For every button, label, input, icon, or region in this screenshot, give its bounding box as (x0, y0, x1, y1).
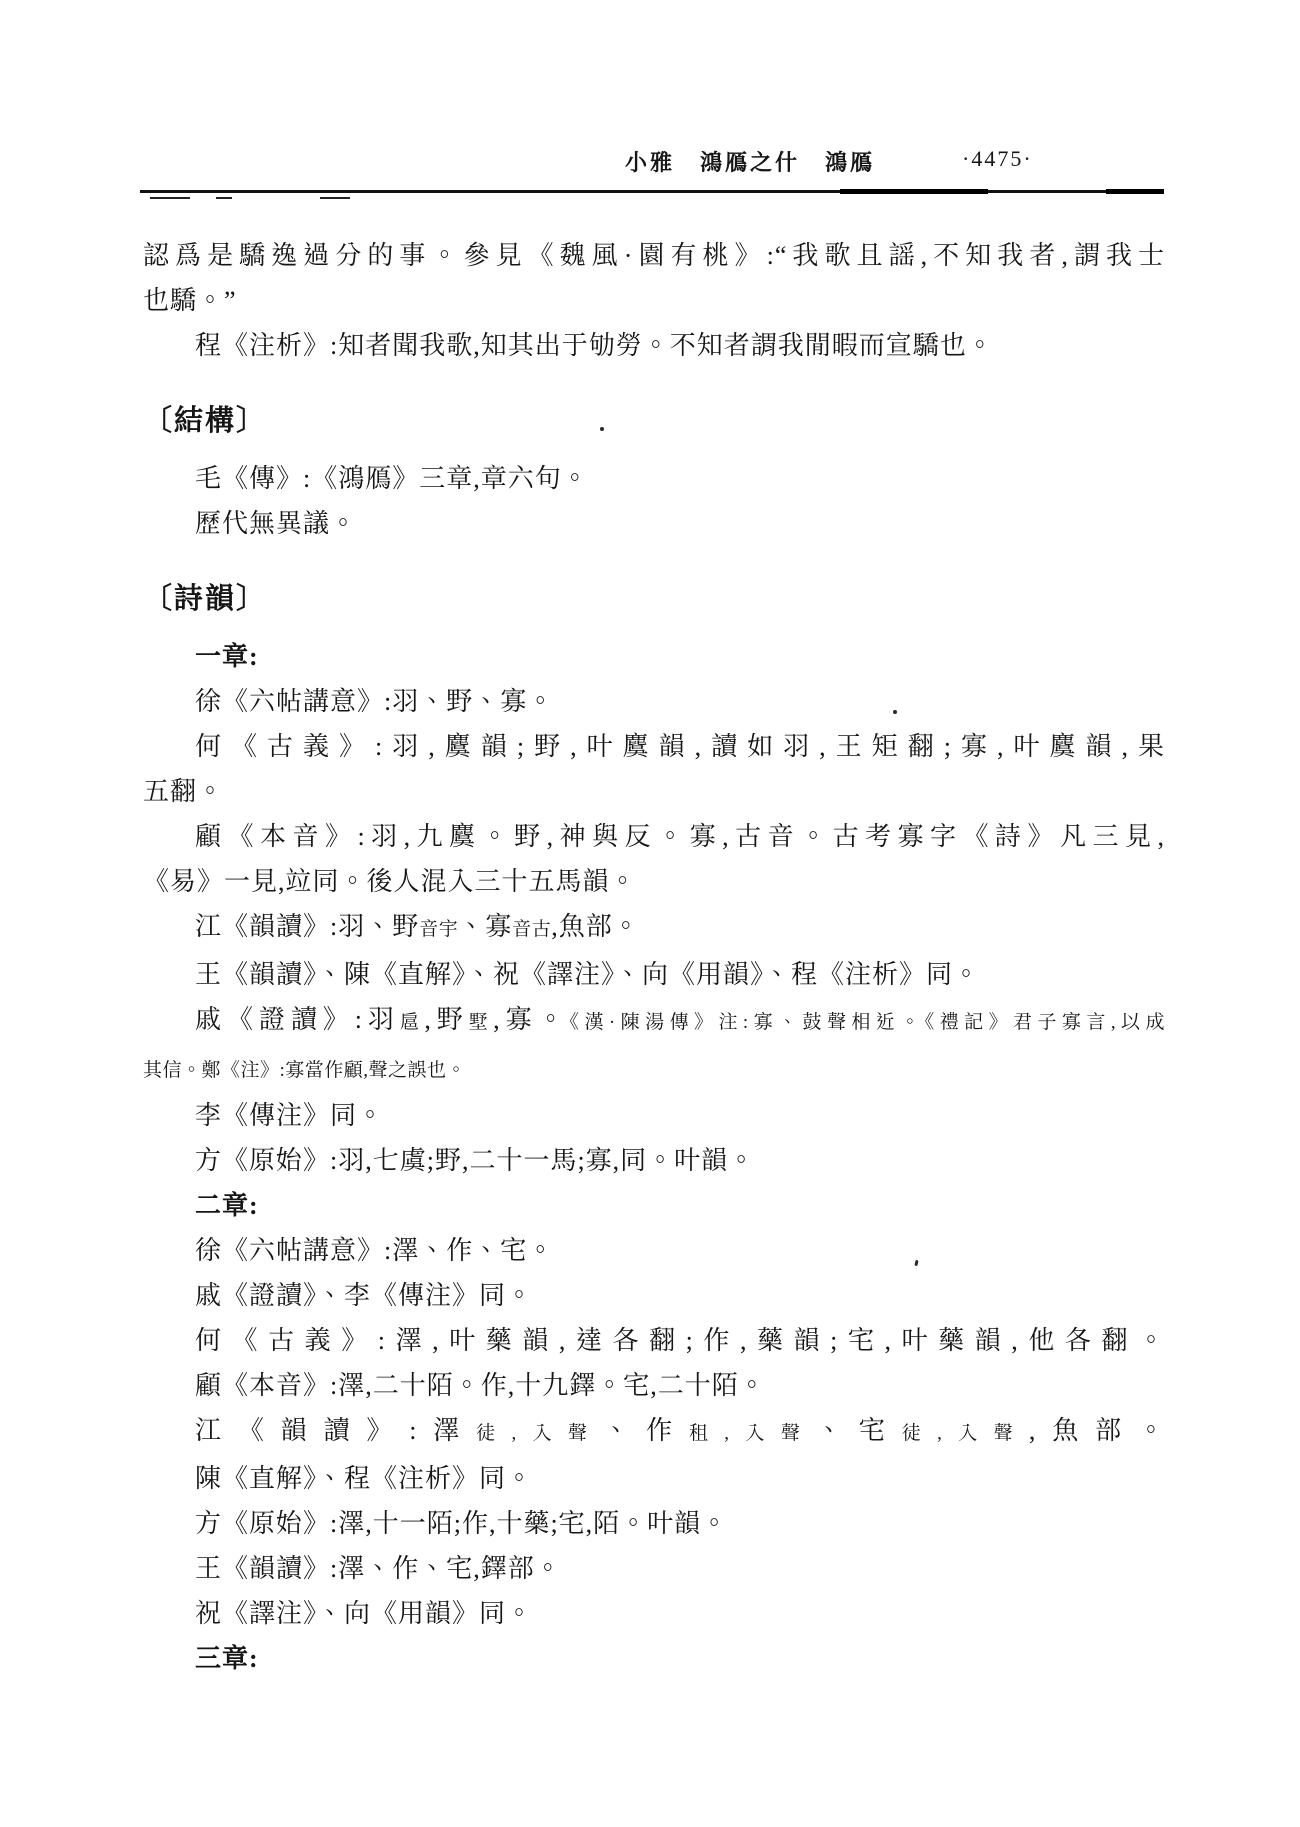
text-run: ,魚部。 (1029, 1416, 1165, 1445)
text-run: 、宅 (816, 1416, 902, 1445)
text-line: 戚《證讀》:羽扈,野墅,寡。《漢·陳湯傳》注:寡、鼓聲相近。《禮記》君子寡言,以… (143, 997, 1165, 1045)
text-run: 徐《六帖講意》:澤、作、宅。 (195, 1236, 554, 1265)
text-run: 陳《直解》、程《注析》同。 (195, 1464, 533, 1493)
annotation-run: 音宇 (419, 919, 458, 940)
text-line: 顧《本音》:澤,二十陌。作,十九鐸。宅,二十陌。 (143, 1363, 1165, 1408)
text-run: 毛《傳》:《鴻鴈》三章,章六句。 (195, 464, 589, 493)
text-line: 戚《證讀》、李《傳注》同。 (143, 1273, 1165, 1318)
text-run: 〔結構〕 (143, 405, 267, 437)
text-run: 戚《證讀》:羽 (195, 1005, 400, 1034)
text-run: ,寡。 (493, 1005, 569, 1034)
scan-dash-artifact (150, 197, 190, 199)
scanned-book-page: 小雅 鴻鴈之什 鴻鴈 ·4475· 認爲是驕逸過分的事。參見《魏風·園有桃》:“… (0, 0, 1300, 1827)
text-line: 其信。鄭《注》:寡當作顧,聲之誤也。 (143, 1045, 1165, 1093)
text-run: 歷代無異議。 (195, 509, 357, 538)
text-run: 江《韻讀》:澤 (195, 1416, 476, 1445)
annotation-run: 扈 (400, 1012, 424, 1033)
annotation-run: 《漢·陳湯傳》注:寡、鼓聲相近。《禮記》君子寡言,以成 (570, 1012, 1165, 1033)
text-line: 王《韻讀》:澤、作、宅,鐸部。 (143, 1546, 1165, 1591)
text-run: 方《原始》:羽,七虞;野,二十一馬;寡,同。叶韻。 (195, 1146, 755, 1175)
text-run: 、寡 (458, 912, 512, 941)
text-line: 毛《傳》:《鴻鴈》三章,章六句。 (143, 456, 1165, 501)
header-rule-thick-segment (840, 189, 988, 194)
text-line: 程《注析》:知者聞我歌,知其出于劬勞。不知者謂我閒暇而宣驕也。 (143, 323, 1165, 368)
text-run: ,野 (424, 1005, 468, 1034)
text-run: 何《古義》:澤,叶藥韻,達各翻;作,藥韻;宅,叶藥韻,他各翻。 (195, 1326, 1165, 1355)
text-run: 、作 (603, 1416, 689, 1445)
text-line: 顧《本音》:羽,九麌。野,神與反。寡,古音。古考寡字《詩》凡三見, (143, 814, 1165, 859)
text-line: 二章: (143, 1183, 1165, 1228)
text-run: 《易》一見,竝同。後人混入三十五馬韻。 (143, 867, 637, 896)
text-run: 顧《本音》:澤,二十陌。作,十九鐸。宅,二十陌。 (195, 1371, 766, 1400)
text-run: 江《韻讀》:羽、野 (195, 912, 419, 941)
annotation-run: 音古 (512, 919, 551, 940)
text-line: 江《韻讀》:羽、野音宇、寡音古,魚部。 (143, 904, 1165, 952)
section-heading: 〔詩韻〕 (143, 576, 1165, 622)
page-number: ·4475· (962, 146, 1033, 172)
text-line: 三章: (143, 1636, 1165, 1681)
text-run: 也驕。” (143, 286, 237, 315)
text-line: 《易》一見,竝同。後人混入三十五馬韻。 (143, 859, 1165, 904)
header-rule (140, 190, 1164, 193)
text-line: 方《原始》:澤,十一陌;作,十藥;宅,陌。叶韻。 (143, 1501, 1165, 1546)
annotation-run: 墅 (469, 1012, 493, 1033)
content-lines: 認爲是驕逸過分的事。參見《魏風·園有桃》:“我歌且謡,不知我者,謂我士也驕。”程… (143, 233, 1165, 1681)
text-line: 五翻。 (143, 769, 1165, 814)
text-line: 何《古義》:澤,叶藥韻,達各翻;作,藥韻;宅,叶藥韻,他各翻。 (143, 1318, 1165, 1363)
text-line: 陳《直解》、程《注析》同。 (143, 1456, 1165, 1501)
text-line: 徐《六帖講意》:羽、野、寡。 (143, 679, 1165, 724)
scan-speck (893, 710, 897, 714)
text-run: 李《傳注》同。 (195, 1101, 384, 1130)
header-rule-thick-segment (1106, 189, 1164, 194)
text-run: 徐《六帖講意》:羽、野、寡。 (195, 687, 554, 716)
text-run: 〔詩韻〕 (143, 583, 267, 615)
text-line: 認爲是驕逸過分的事。參見《魏風·園有桃》:“我歌且謡,不知我者,謂我士 (143, 233, 1165, 278)
text-line: 也驕。” (143, 278, 1165, 323)
scan-speck (600, 427, 604, 431)
scan-dash-artifact (216, 197, 232, 199)
running-head-title: 小雅 鴻鴈之什 鴻鴈 (560, 146, 940, 177)
text-line: 何《古義》:羽,麌韻;野,叶麌韻,讀如羽,王矩翻;寡,叶麌韻,果 (143, 724, 1165, 769)
text-run: 程《注析》:知者聞我歌,知其出于劬勞。不知者謂我閒暇而宣驕也。 (195, 331, 994, 360)
text-line: 歷代無異議。 (143, 501, 1165, 546)
text-line: 祝《譯注》、向《用韻》同。 (143, 1591, 1165, 1636)
text-line: 徐《六帖講意》:澤、作、宅。 (143, 1228, 1165, 1273)
text-run: ,魚部。 (551, 912, 640, 941)
annotation-run: 徒,入聲 (902, 1423, 1029, 1444)
text-run: 王《韻讀》、陳《直解》、祝《譯注》、向《用韻》、程《注析》同。 (195, 960, 980, 989)
text-run: 三章: (195, 1644, 259, 1673)
text-line: 方《原始》:羽,七虞;野,二十一馬;寡,同。叶韻。 (143, 1138, 1165, 1183)
text-line: 王《韻讀》、陳《直解》、祝《譯注》、向《用韻》、程《注析》同。 (143, 952, 1165, 997)
text-run: 認爲是驕逸過分的事。參見《魏風·園有桃》:“我歌且謡,不知我者,謂我士 (143, 241, 1165, 270)
annotation-run: 其信。鄭《注》:寡當作顧,聲之誤也。 (143, 1060, 466, 1081)
text-run: 顧《本音》:羽,九麌。野,神與反。寡,古音。古考寡字《詩》凡三見, (195, 822, 1165, 851)
section-heading: 〔結構〕 (143, 398, 1165, 444)
text-run: 二章: (195, 1191, 259, 1220)
text-run: 祝《譯注》、向《用韻》同。 (195, 1599, 533, 1628)
text-line: 李《傳注》同。 (143, 1093, 1165, 1138)
text-run: 戚《證讀》、李《傳注》同。 (195, 1281, 533, 1310)
text-run: 五翻。 (143, 777, 224, 806)
text-run: 一章: (195, 642, 259, 671)
annotation-run: 徒,入聲 (476, 1423, 603, 1444)
text-run: 王《韻讀》:澤、作、宅,鐸部。 (195, 1554, 562, 1583)
text-line: 一章: (143, 634, 1165, 679)
text-run: 方《原始》:澤,十一陌;作,十藥;宅,陌。叶韻。 (195, 1509, 728, 1538)
text-line: 江《韻讀》:澤徒,入聲、作租,入聲、宅徒,入聲,魚部。 (143, 1408, 1165, 1456)
annotation-run: 租,入聲 (689, 1423, 816, 1444)
text-run: 何《古義》:羽,麌韻;野,叶麌韻,讀如羽,王矩翻;寡,叶麌韻,果 (195, 732, 1165, 761)
scan-dash-artifact (320, 197, 350, 199)
